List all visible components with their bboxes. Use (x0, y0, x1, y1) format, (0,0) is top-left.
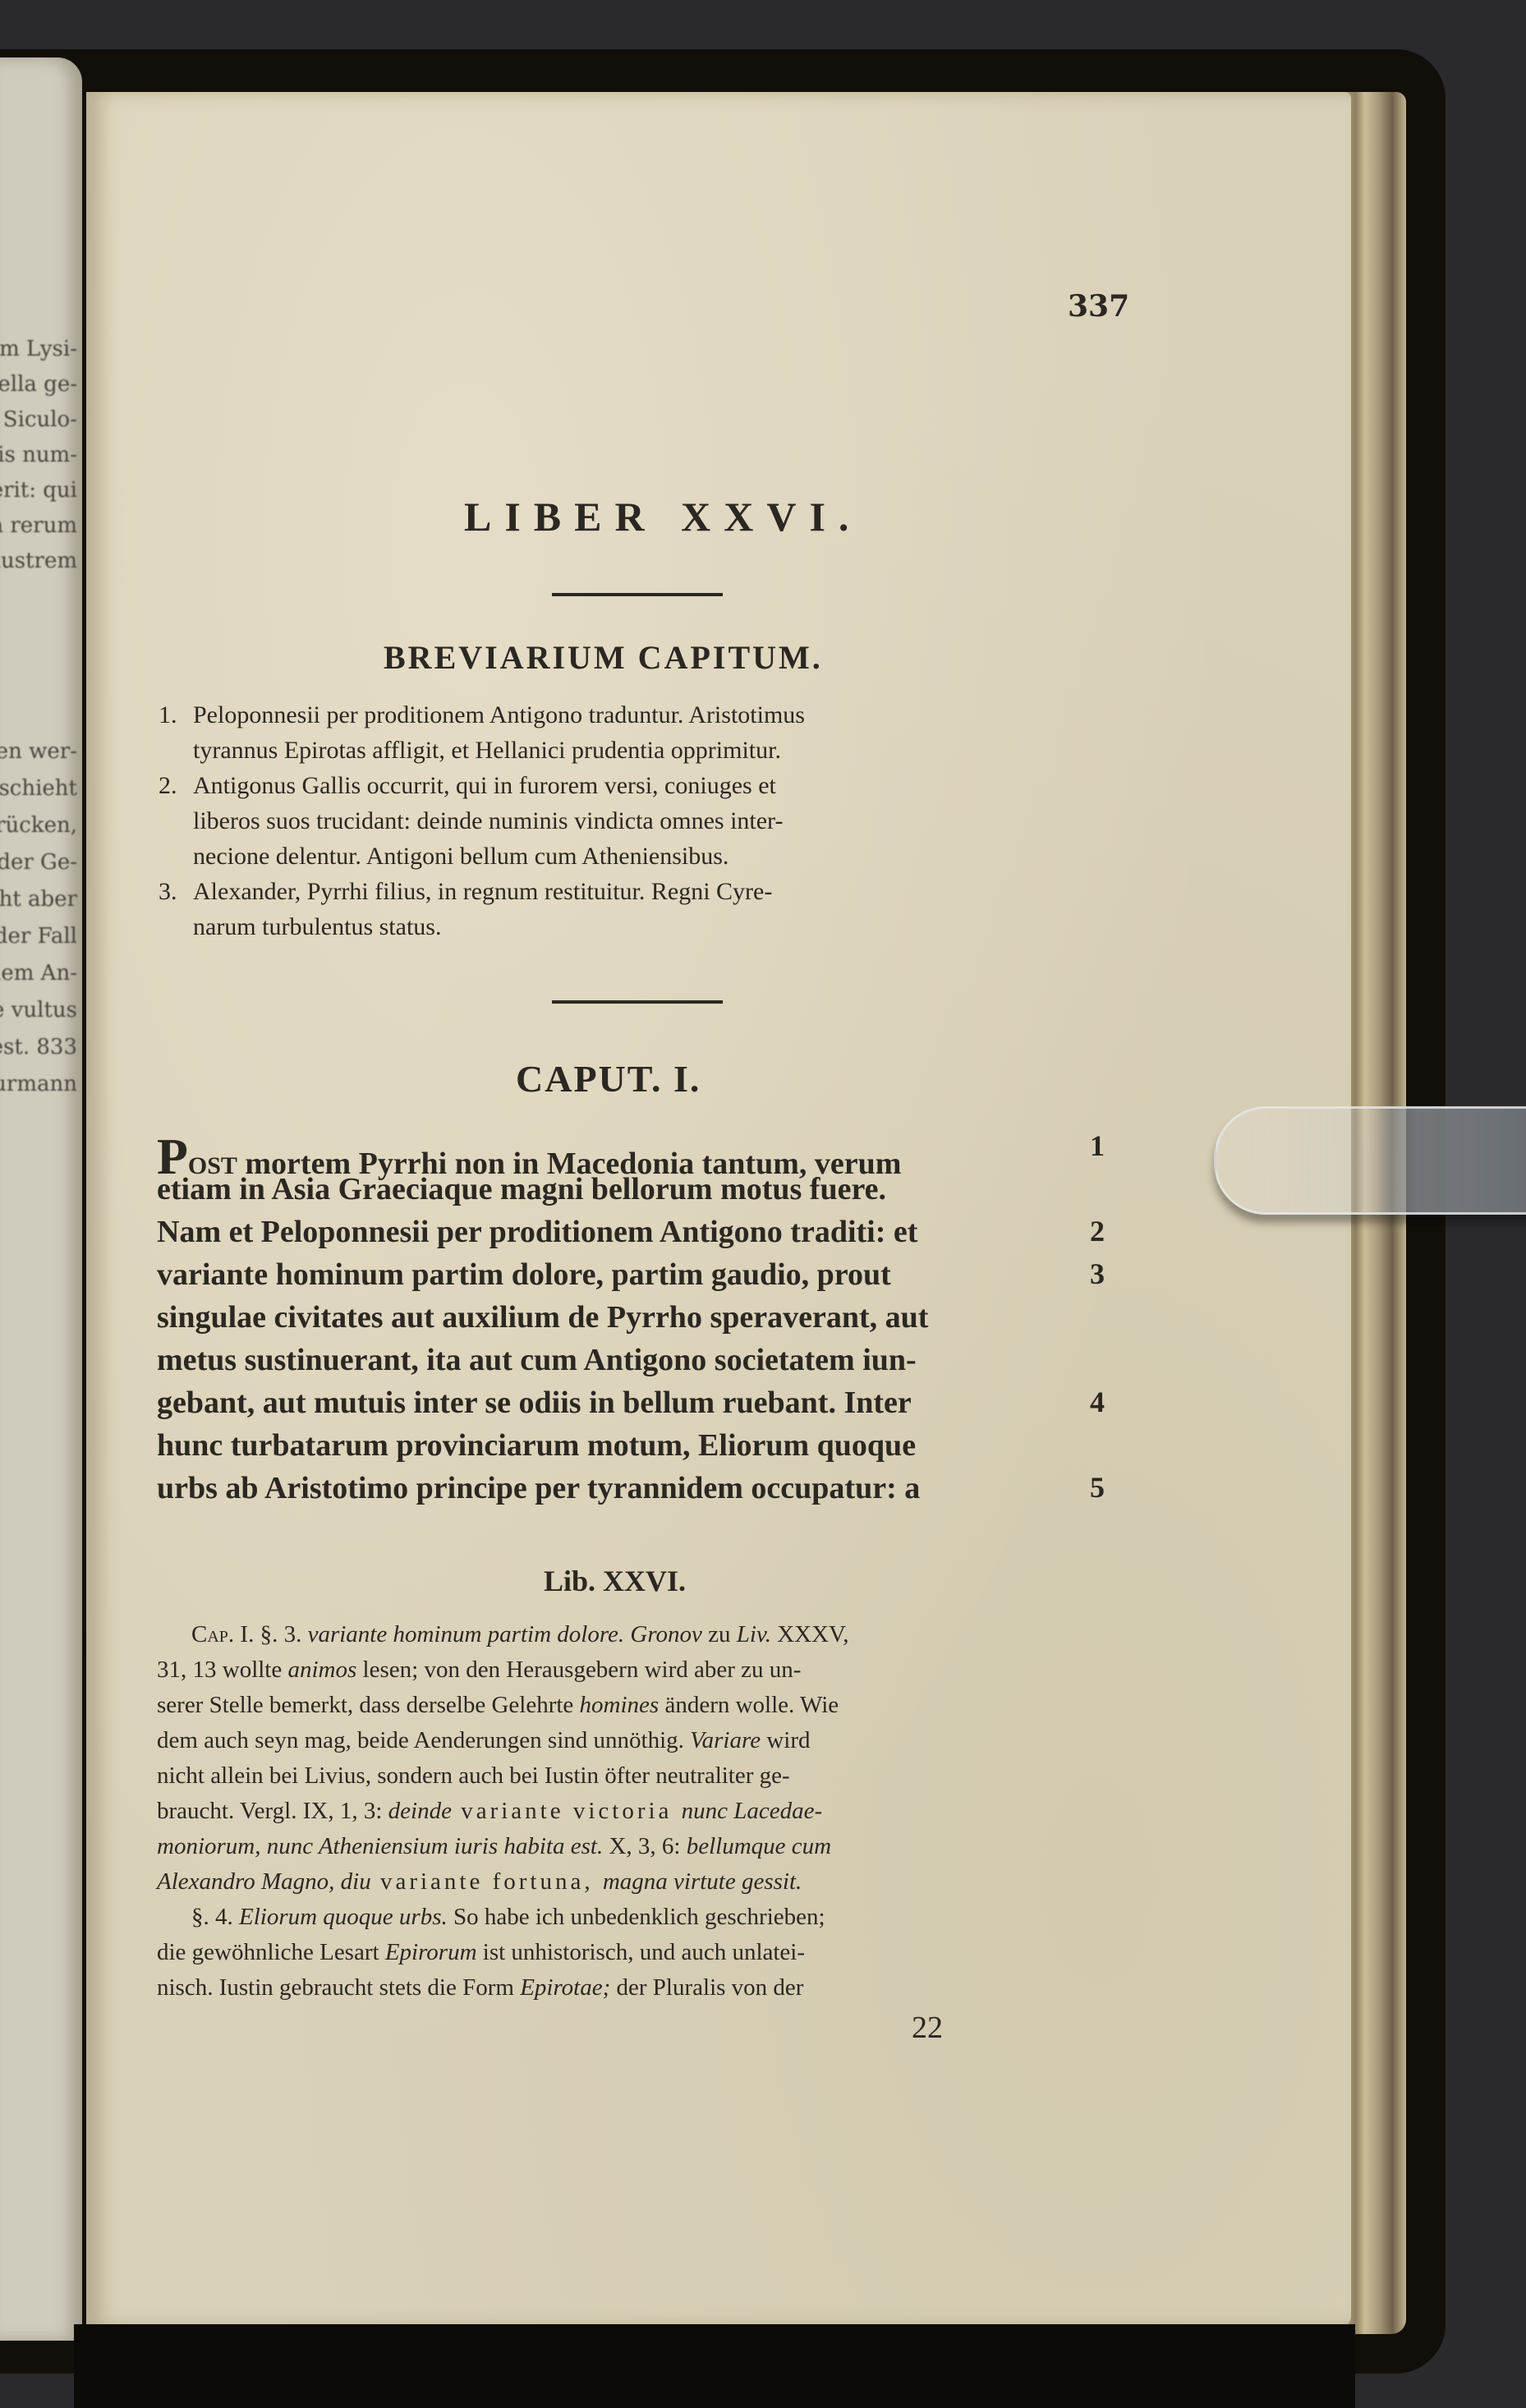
note-italic: Variare (690, 1727, 761, 1753)
note-italic: bellumque cum (687, 1833, 831, 1859)
section-margin-number: 1 (1090, 1128, 1105, 1163)
breviarium-line: tyrannus Epirotas affligit, et Hellanici… (193, 737, 781, 765)
note-italic: Epirorum (385, 1939, 477, 1965)
chapter-heading: CAPUT. I. (516, 1057, 701, 1101)
note-text: 31, 13 wollte (157, 1657, 288, 1683)
main-text-line: hunc turbatarum provinciarum motum, Elio… (157, 1427, 916, 1464)
facing-page-text: s geschieht (0, 776, 77, 801)
section-margin-number: 3 (1090, 1257, 1105, 1291)
note-text: nisch. Iustin gebraucht stets die Form (157, 1974, 520, 2001)
note-line: 31, 13 wollte animos lesen; von den Hera… (157, 1657, 801, 1684)
facing-page-text: ff der Ge- (0, 850, 77, 875)
note-text: nicht allein bei Livius, sondern auch be… (157, 1762, 790, 1789)
facing-page-text: ausdrücken, (0, 813, 77, 838)
main-text-line: gebant, aut mutuis inter se odiis in bel… (157, 1385, 912, 1421)
breviarium-line: necione delentur. Antigoni bellum cum At… (193, 843, 729, 871)
facing-page-text: um Lysi- (0, 337, 77, 361)
breviarium-line: Antigonus Gallis occurrit, qui in furore… (193, 772, 776, 800)
note-text: die gewöhnliche Lesart (157, 1939, 385, 1965)
main-text-line: singulae civitates aut auxilium de Pyrrh… (157, 1299, 928, 1335)
facing-page-text: n Burmann (0, 1072, 77, 1096)
note-line: serer Stelle bemerkt, dass derselbe Gele… (157, 1692, 839, 1719)
facing-page-text: bella ge- (0, 372, 77, 397)
note-smallcaps: Cap. I. §. 3. (191, 1621, 308, 1647)
note-text: X, 3, 6: (603, 1833, 687, 1859)
note-text: zu (702, 1621, 737, 1647)
main-text-content: Nam et Peloponnesii per proditionem Anti… (157, 1215, 917, 1249)
note-text: braucht. Vergl. IX, 1, 3: (157, 1798, 388, 1824)
note-text: dem auch seyn mag, beide Aenderungen sin… (157, 1727, 690, 1753)
breviarium-item-number: 1. (159, 701, 177, 729)
note-italic: nunc Lacedae- (682, 1798, 823, 1824)
note-italic: deinde (388, 1798, 452, 1824)
breviarium-line: Alexander, Pyrrhi filius, in regnum rest… (193, 878, 772, 906)
section-margin-number: 2 (1090, 1214, 1105, 1248)
book-page: 337 LIBER XXVI. BREVIARIUM CAPITUM. 1.Pe… (86, 92, 1351, 2328)
note-italic: variante hominum partim dolore. Gronov (308, 1621, 702, 1647)
main-text-line: metus sustinuerant, ita aut cum Antigono… (157, 1342, 917, 1378)
breviarium-item-number: 3. (159, 878, 177, 906)
book-bottom-shadow (74, 2324, 1355, 2408)
note-italic: Alexandro Magno, diu (157, 1868, 371, 1895)
breviarium-line: liberos suos trucidant: deinde numinis v… (193, 807, 783, 835)
main-text-content: urbs ab Aristotimo principe per tyrannid… (157, 1471, 920, 1505)
note-line: dem auch seyn mag, beide Aenderungen sin… (157, 1727, 811, 1754)
note-italic: moniorum, nunc Atheniensium iuris habita… (157, 1833, 603, 1859)
note-italic: Liv. (737, 1621, 771, 1647)
note-line: nicht allein bei Livius, sondern auch be… (157, 1762, 790, 1790)
main-text-content: hunc turbatarum provinciarum motum, Elio… (157, 1428, 916, 1463)
note-italic: animos (288, 1657, 357, 1683)
note-italic: Eliorum quoque urbs. (239, 1904, 448, 1930)
note-text: So habe ich unbedenklich geschrieben; (448, 1904, 825, 1930)
note-line: moniorum, nunc Atheniensium iuris habita… (157, 1833, 831, 1860)
facing-page-text: illustrem (0, 549, 77, 573)
note-line: braucht. Vergl. IX, 1, 3: deinde variant… (157, 1798, 822, 1825)
main-text-content: metus sustinuerant, ita aut cum Antigono… (157, 1343, 917, 1377)
note-text: ändern wolle. Wie (659, 1692, 839, 1718)
breviarium-item-number: 2. (159, 772, 177, 800)
note-line: nisch. Iustin gebraucht stets die Form E… (157, 1974, 803, 2001)
breviarium-line: narum turbulentus status. (193, 913, 441, 941)
page-number: 337 (1068, 289, 1129, 324)
main-text-content: gebant, aut mutuis inter se odiis in bel… (157, 1386, 912, 1420)
facing-page-text: Thyest. 833 (0, 1035, 77, 1059)
note-spaced: variante victoria (452, 1798, 682, 1824)
note-text: wird (761, 1727, 810, 1753)
facing-page-text: nicht aber (0, 887, 77, 912)
facing-page-text: in dem An- (0, 961, 77, 986)
running-head: Lib. XXVI. (544, 1564, 686, 1598)
facing-page-text: llis num- (0, 443, 77, 467)
breviarium-heading: BREVIARIUM CAPITUM. (384, 638, 823, 677)
signature-mark: 22 (912, 2010, 943, 2046)
facing-page-text: na rerum (0, 513, 77, 538)
breviarium-line: Peloponnesii per proditionem Antigono tr… (193, 701, 805, 729)
section-margin-number: 4 (1090, 1385, 1105, 1419)
note-line: die gewöhnliche Lesart Epirorum ist unhi… (157, 1939, 805, 1966)
note-line: Cap. I. §. 3. variante hominum partim do… (191, 1621, 849, 1648)
section-margin-number: 5 (1090, 1470, 1105, 1505)
facing-page-text: turae vultus (0, 998, 77, 1022)
main-text-line: urbs ab Aristotimo principe per tyrannid… (157, 1470, 920, 1506)
main-text-line: Nam et Peloponnesii per proditionem Anti… (157, 1214, 917, 1250)
book-title: LIBER XXVI. (464, 493, 862, 540)
note-line: Alexandro Magno, diu variante fortuna, m… (157, 1868, 802, 1896)
note-text: der Pluralis von der (610, 1974, 803, 2001)
page-clip-bookmark (1214, 1106, 1526, 1215)
main-text-content: variante hominum partim dolore, partim g… (157, 1257, 891, 1292)
main-text-content: singulae civitates aut auxilium de Pyrrh… (157, 1300, 928, 1335)
facing-page-text: lassen wer- (0, 739, 77, 764)
note-text: lesen; von den Herausgebern wird aber zu… (356, 1657, 801, 1683)
facing-page-text: erit: qui (0, 478, 77, 503)
note-text: ist unhistorisch, und auch unlatei- (477, 1939, 806, 1965)
divider-rule (552, 1000, 723, 1004)
note-spaced: variante fortuna, (371, 1868, 603, 1895)
note-text: serer Stelle bemerkt, dass derselbe Gele… (157, 1692, 580, 1718)
main-text-line: etiam in Asia Graeciaque magni bellorum … (157, 1171, 886, 1207)
main-text-content: etiam in Asia Graeciaque magni bellorum … (157, 1172, 886, 1206)
facing-page-edge: um Lysi-bella ge-, Siculo-llis num-erit:… (0, 57, 82, 2341)
note-italic: homines (580, 1692, 660, 1718)
facing-page-text: , Siculo- (0, 407, 77, 432)
note-italic: Epirotae; (520, 1974, 610, 2001)
note-text: §. 4. (191, 1904, 239, 1930)
main-text-line: variante hominum partim dolore, partim g… (157, 1257, 891, 1293)
divider-rule (552, 593, 723, 596)
note-line: §. 4. Eliorum quoque urbs. So habe ich u… (191, 1904, 825, 1931)
facing-page-text: en der Fall (0, 924, 77, 949)
note-text: XXXV, (771, 1621, 849, 1647)
note-italic: magna virtute gessit. (603, 1868, 802, 1895)
